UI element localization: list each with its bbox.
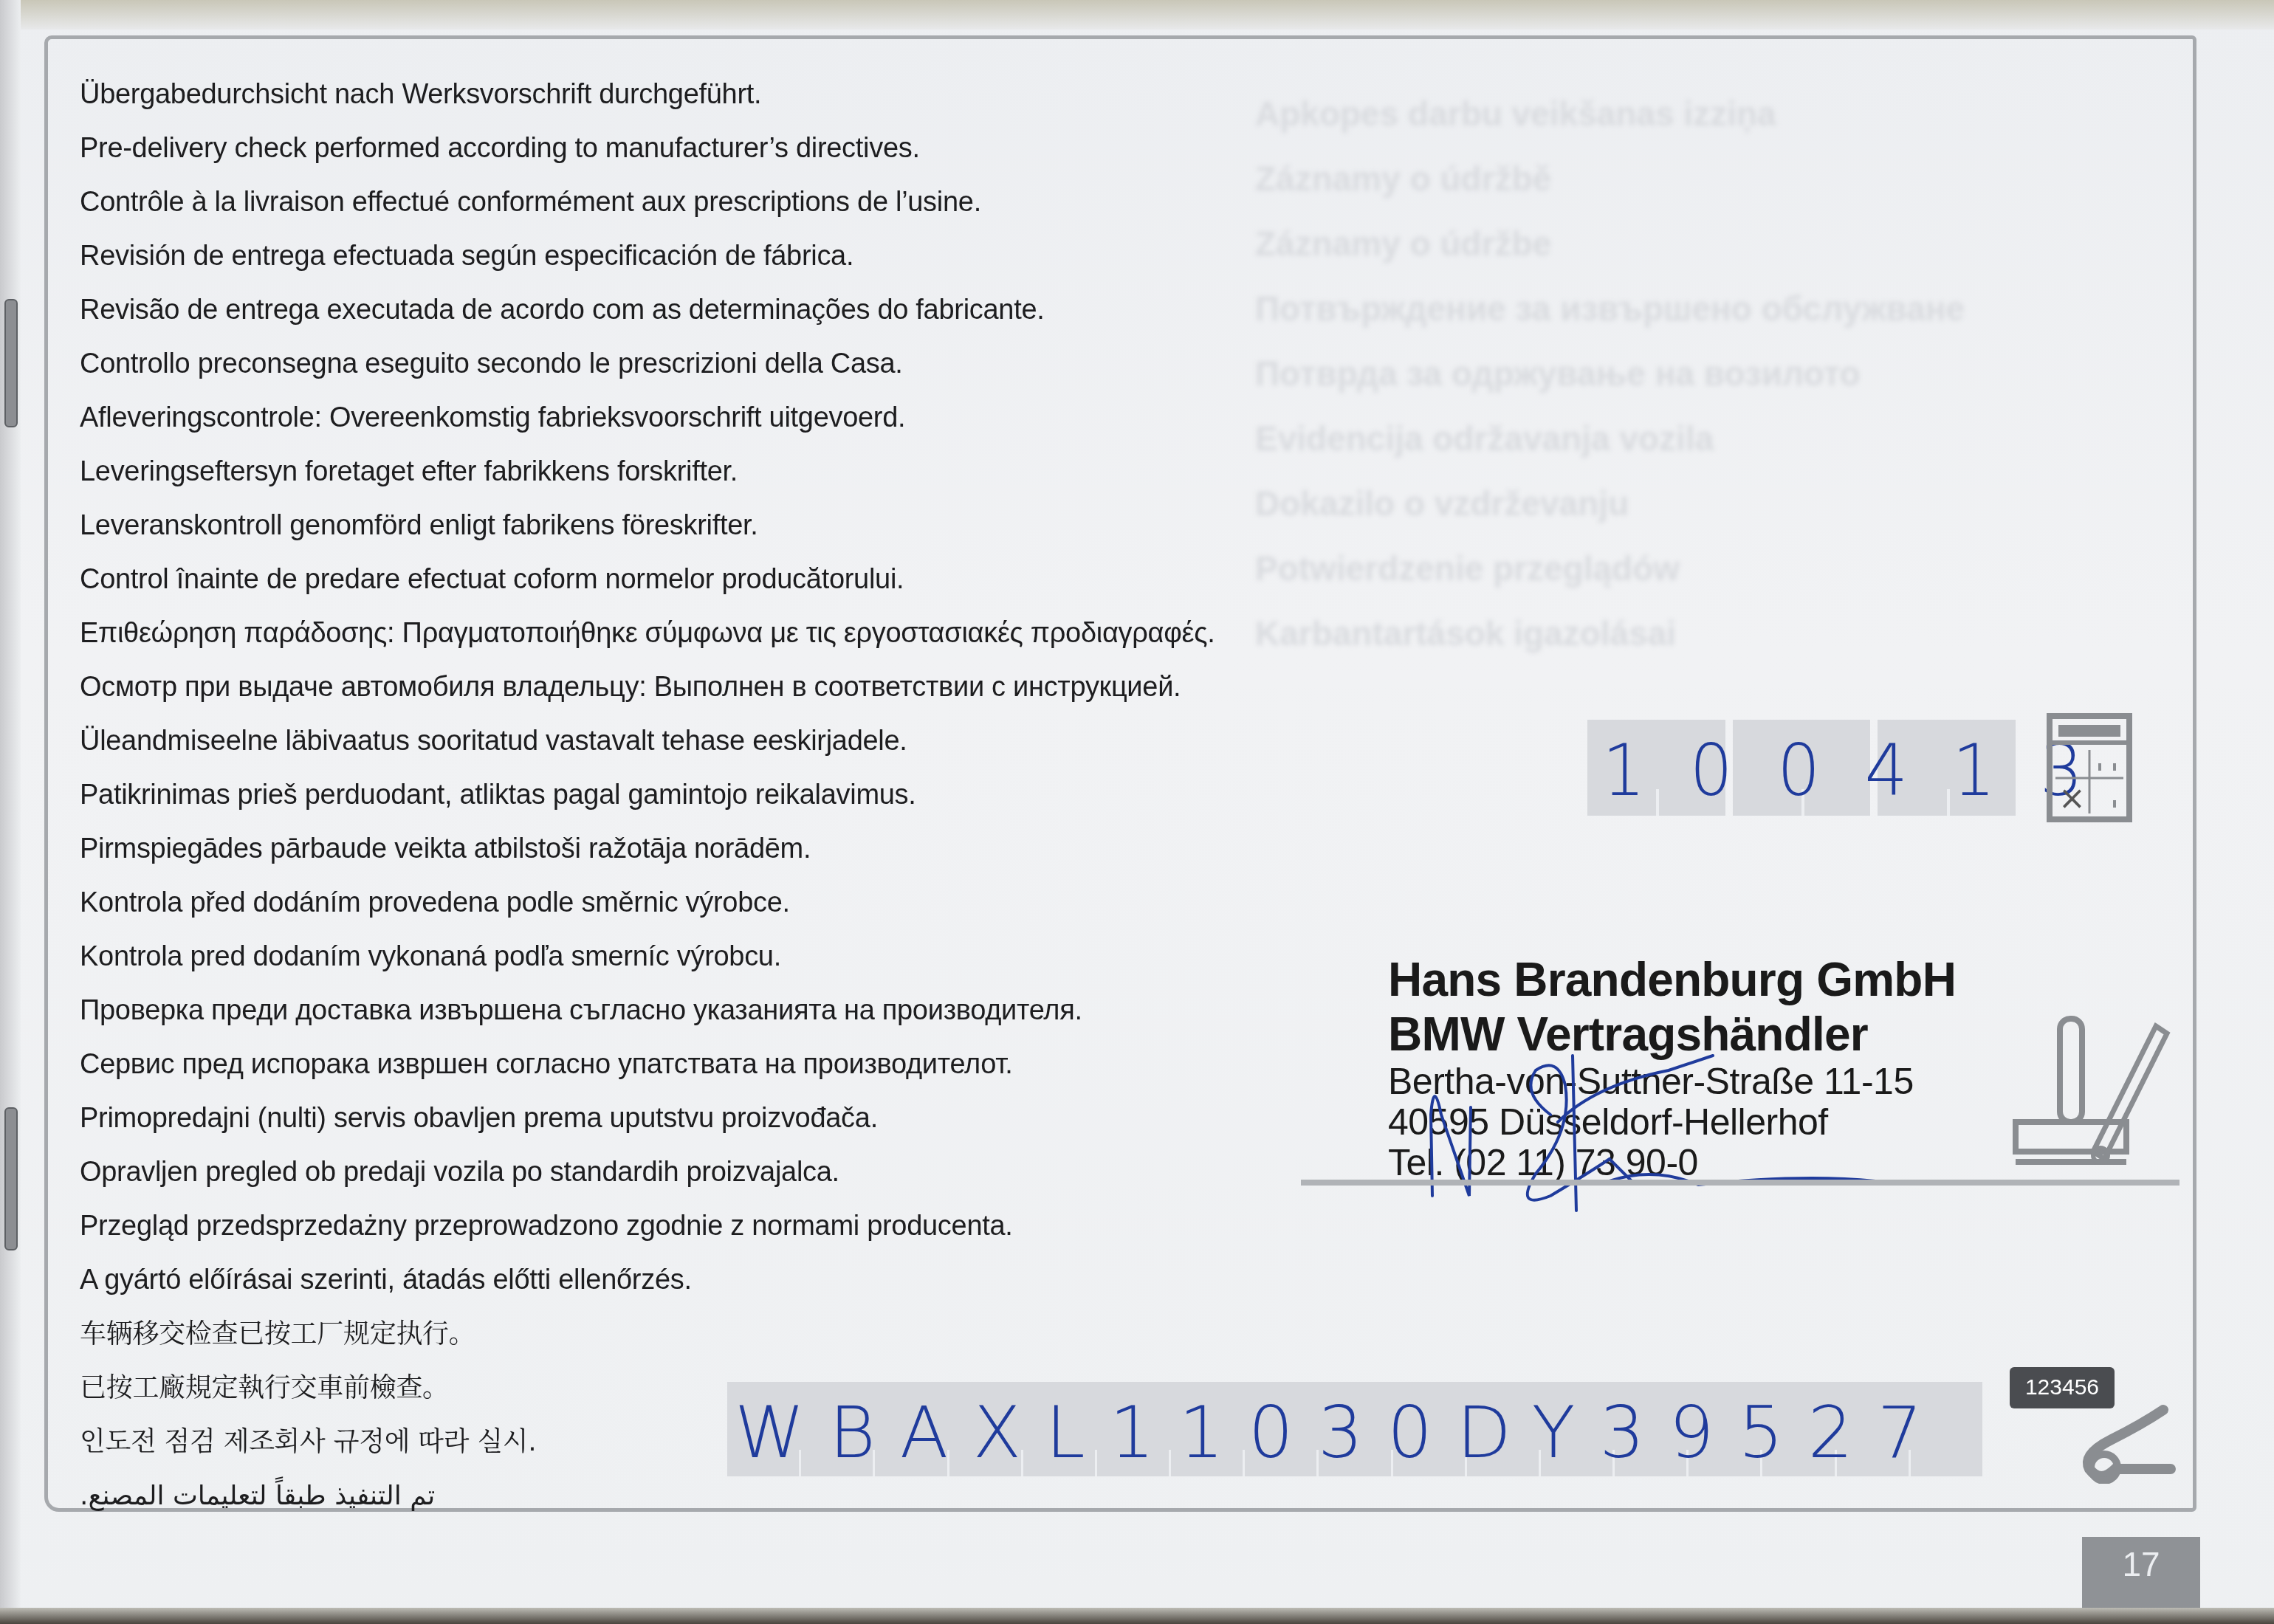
statement-hr: Primopredajni (nulti) servis obavljen pr… [80,1092,1409,1146]
statement-nl: Afleveringscontrole: Overeenkomstig fabr… [80,391,1409,445]
statement-es: Revisión de entrega efectuada según espe… [80,230,1409,283]
statement-sv: Leveranskontroll genomförd enligt fabrik… [80,499,1409,553]
statement-ar: تم التنفيذ طبقاً لتعليمات المصنع. [80,1469,1409,1523]
stamp-divider [1301,1180,2179,1186]
statement-sl: Opravljen pregled ob predaji vozila po s… [80,1146,1409,1200]
dealer-name: Hans Brandenburg GmbH [1388,952,2053,1007]
booklet-page: Apkopes darbu veikšanas izziņa Záznamy o… [0,0,2274,1624]
calendar-icon: × [2047,713,2132,822]
vehicle-key-icon [2060,1395,2178,1484]
staple-bottom [4,1107,18,1250]
page-top-shadow [0,0,2274,30]
statement-it: Controllo preconsegna eseguito secondo l… [80,337,1409,391]
statement-ro: Control înainte de predare efectuat cofo… [80,553,1409,607]
staple-top [4,299,18,427]
statement-mk: Сервис пред испорака извршен согласно уп… [80,1038,1409,1092]
statement-de: Übergabedurchsicht nach Werksvorschrift … [80,68,1409,122]
statement-fr: Contrôle à la livraison effectué conform… [80,176,1409,230]
statement-cs: Kontrola před dodáním provedena podle sm… [80,876,1409,930]
statement-hu: A gyártó előírásai szerinti, átadás előt… [80,1253,1409,1307]
statement-ru: Осмотр при выдаче автомобиля владельцу: … [80,661,1409,715]
page-bottom-edge [0,1608,2274,1624]
statement-da: Leveringseftersyn foretaget efter fabrik… [80,445,1409,499]
statement-lt: Patikrinimas prieš perduodant, atliktas … [80,768,1409,822]
handwritten-signature [1388,1026,2053,1218]
statement-et: Üleandmiseelne läbivaatus sooritatud vas… [80,715,1409,768]
statement-pt: Revisão de entrega executada de acordo c… [80,283,1409,337]
statement-en: Pre-delivery check performed according t… [80,122,1409,176]
statement-pl: Przegląd przedsprzedażny przeprowadzono … [80,1200,1409,1253]
booklet-spine [0,0,21,1624]
pre-delivery-statements: Übergabedurchsicht nach Werksvorschrift … [80,68,1409,1523]
vin-value: WBAXL11030DY39527 [735,1391,1947,1474]
statement-bg: Проверка преди доставка извършена съглас… [80,984,1409,1038]
statement-zh-hans: 车辆移交检查已按工厂规定执行。 [80,1307,1409,1361]
statement-lv: Pirmspiegādes pārbaude veikta atbilstoši… [80,822,1409,876]
statement-el: Επιθεώρηση παράδοσης: Πραγματοποιήθηκε σ… [80,607,1409,661]
svg-text:×: × [2058,780,2086,817]
statement-sk: Kontrola pred dodaním vykonaná podľa sme… [80,930,1409,984]
stamp-and-pen-icon [2008,1011,2178,1174]
